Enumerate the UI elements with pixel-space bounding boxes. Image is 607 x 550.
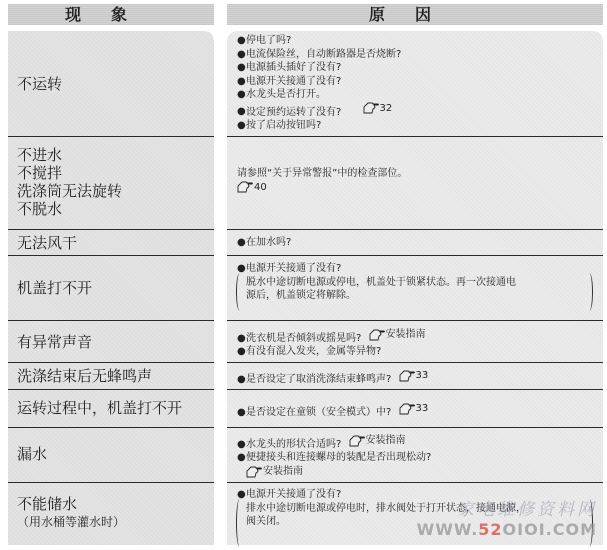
symptom-text: 有异常声音 xyxy=(17,333,92,351)
table-row: 洗涤结束后无蜂鸣声 xyxy=(8,363,214,390)
page-reference[interactable]: 40 xyxy=(237,181,267,195)
right-parenthesis xyxy=(586,499,593,547)
table-row: 不进水 不搅拌 洗涤筒无法旋转 不脱水 xyxy=(8,137,214,230)
table-row: ●停电了吗? ●电流保险丝，自动断路器是否烧断? ●电源插头插好了没有? ●电源… xyxy=(227,31,603,137)
symptom-text: 不运转 xyxy=(17,75,62,93)
table-row: 漏水 xyxy=(8,428,214,483)
cause-list: ●电源开关接通了没有? 脱水中途切断电源或停电，机盖处于锁紧状态。再一次接通电 … xyxy=(237,262,595,303)
symptom-line: 不脱水 xyxy=(17,200,122,218)
cause-item: 请参照“关于异常警报”中的检查部位。 xyxy=(237,167,595,181)
table-row: ●电源开关接通了没有? 排水中途切断电源或停电时，排水阀处于打开状态，接通电源，… xyxy=(227,483,603,545)
cause-list: 请参照“关于异常警报”中的检查部位。 40 xyxy=(237,167,595,198)
pointing-hand-icon xyxy=(246,466,263,478)
pointing-hand-icon xyxy=(349,435,366,447)
cause-list: ●是否设定在童锁（安全模式）中? 33 xyxy=(237,402,595,419)
cause-item: ●停电了吗? xyxy=(237,34,595,48)
symptom-column-header: 现象 xyxy=(8,4,214,25)
symptom-text-group: 不能储水 （用水桶等灌水时） xyxy=(17,495,125,531)
cause-list: ●在加水吗? xyxy=(237,236,595,250)
symptom-text: 机盖打不开 xyxy=(17,279,92,297)
symptom-line: 不搅拌 xyxy=(17,164,122,182)
cause-column-header: 原因 xyxy=(227,4,603,25)
table-row: 请参照“关于异常警报”中的检查部位。 40 xyxy=(227,137,603,230)
page-reference[interactable]: 安装指南 xyxy=(246,465,303,479)
right-parenthesis xyxy=(586,273,593,311)
symptom-line: 不能储水 xyxy=(17,495,125,513)
cause-item: ●电源开关接通了没有? xyxy=(237,75,595,89)
note-line: 排水中途切断电源或停电时，排水阀处于打开状态，接通电源， xyxy=(246,502,583,516)
cause-item: ●便捷接头和连接螺母的装配是否出现松动? xyxy=(237,451,595,465)
page-reference[interactable]: 安装指南 xyxy=(369,328,426,342)
symptom-text: 无法风干 xyxy=(17,234,77,252)
cause-item: 40 xyxy=(237,181,595,198)
symptom-text: 漏水 xyxy=(17,445,47,463)
table-row: ●洗衣机是否倾斜或摇晃吗? 安装指南 ●有没有混入发夹，金属等异物? xyxy=(227,321,603,363)
reference-text: 安装指南 xyxy=(386,328,426,342)
symptom-subtext: （用水桶等灌水时） xyxy=(17,513,125,531)
cause-item: ●设定预约运转了没有? 32 xyxy=(237,102,595,119)
cause-item: ●水龙头的形状合适吗? 安装指南 xyxy=(237,434,595,451)
cause-item: ●洗衣机是否倾斜或摇晃吗? 安装指南 xyxy=(237,328,595,345)
symptom-text: 运转过程中，机盖打不开 xyxy=(17,399,182,417)
cause-list: ●停电了吗? ●电流保险丝，自动断路器是否烧断? ●电源插头插好了没有? ●电源… xyxy=(237,34,595,132)
pointing-hand-icon xyxy=(399,403,416,415)
symptom-line: 洗涤筒无法旋转 xyxy=(17,182,122,200)
cause-list: ●是否设定了取消洗涤结束蜂鸣声? 33 xyxy=(237,369,595,386)
table-row: ●在加水吗? xyxy=(227,230,603,256)
table-row: 机盖打不开 xyxy=(8,256,214,321)
page-number: 40 xyxy=(254,181,267,195)
cause-item: ●按了启动按钮吗? xyxy=(237,119,595,133)
cause-item: ●是否设定在童锁（安全模式）中? 33 xyxy=(237,402,595,419)
pointing-hand-icon xyxy=(363,102,380,114)
note-block: 脱水中途切断电源或停电，机盖处于锁紧状态。再一次接通电 源后，机盖锁定将解除。 xyxy=(237,276,595,303)
table-row: 不运转 xyxy=(8,31,214,137)
left-parenthesis xyxy=(236,273,243,311)
table-row: ●水龙头的形状合适吗? 安装指南 ●便捷接头和连接螺母的装配是否出现松动? 安装… xyxy=(227,428,603,483)
cause-item: ●有没有混入发夹，金属等异物? xyxy=(237,345,595,359)
page-reference[interactable]: 33 xyxy=(399,402,429,416)
cause-item: 安装指南 xyxy=(237,465,595,482)
note-block: 排水中途切断电源或停电时，排水阀处于打开状态，接通电源， 阀关闭。 xyxy=(237,502,595,529)
page-number: 32 xyxy=(380,102,393,116)
left-parenthesis xyxy=(236,499,243,547)
symptom-text: 洗涤结束后无蜂鸣声 xyxy=(17,367,152,385)
table-row: 不能储水 （用水桶等灌水时） xyxy=(8,483,214,545)
symptom-text-list: 不进水 不搅拌 洗涤筒无法旋转 不脱水 xyxy=(17,146,122,218)
table-row: 无法风干 xyxy=(8,230,214,256)
table-row: ●是否设定在童锁（安全模式）中? 33 xyxy=(227,390,603,428)
cause-item: ●是否设定了取消洗涤结束蜂鸣声? 33 xyxy=(237,369,595,386)
reference-text: 安装指南 xyxy=(366,434,406,448)
cause-item: ●电源开关接通了没有? xyxy=(237,488,595,502)
cause-item: ●电流保险丝，自动断路器是否烧断? xyxy=(237,48,595,62)
page-number: 33 xyxy=(416,402,429,416)
note-line: 脱水中途切断电源或停电，机盖处于锁紧状态。再一次接通电 xyxy=(246,276,583,290)
symptom-line: 不进水 xyxy=(17,146,122,164)
table-row: 运转过程中，机盖打不开 xyxy=(8,390,214,428)
cause-list: ●洗衣机是否倾斜或摇晃吗? 安装指南 ●有没有混入发夹，金属等异物? xyxy=(237,328,595,359)
pointing-hand-icon xyxy=(237,181,254,193)
table-row: ●是否设定了取消洗涤结束蜂鸣声? 33 xyxy=(227,363,603,390)
note-line: 阀关闭。 xyxy=(246,515,583,529)
note-line: 源后，机盖锁定将解除。 xyxy=(246,289,583,303)
page-reference[interactable]: 32 xyxy=(363,102,393,116)
reference-text: 安装指南 xyxy=(263,465,303,479)
pointing-hand-icon xyxy=(399,370,416,382)
symptom-column: 不运转 不进水 不搅拌 洗涤筒无法旋转 不脱水 无法风干 机盖打不开 有异常声音… xyxy=(8,31,214,545)
table-row: 有异常声音 xyxy=(8,321,214,363)
page-number: 33 xyxy=(416,369,429,383)
page-reference[interactable]: 33 xyxy=(399,369,429,383)
cause-item: ●在加水吗? xyxy=(237,236,595,250)
cause-item: ●电源开关接通了没有? xyxy=(237,262,595,276)
page-reference[interactable]: 安装指南 xyxy=(349,434,406,448)
cause-item: ●水龙头是否打开。 xyxy=(237,88,595,102)
cause-list: ●水龙头的形状合适吗? 安装指南 ●便捷接头和连接螺母的装配是否出现松动? 安装… xyxy=(237,434,595,482)
table-row: ●电源开关接通了没有? 脱水中途切断电源或停电，机盖处于锁紧状态。再一次接通电 … xyxy=(227,256,603,321)
pointing-hand-icon xyxy=(369,329,386,341)
cause-item: ●电源插头插好了没有? xyxy=(237,61,595,75)
cause-column: ●停电了吗? ●电流保险丝，自动断路器是否烧断? ●电源插头插好了没有? ●电源… xyxy=(227,31,603,545)
cause-list: ●电源开关接通了没有? 排水中途切断电源或停电时，排水阀处于打开状态，接通电源，… xyxy=(237,488,595,529)
